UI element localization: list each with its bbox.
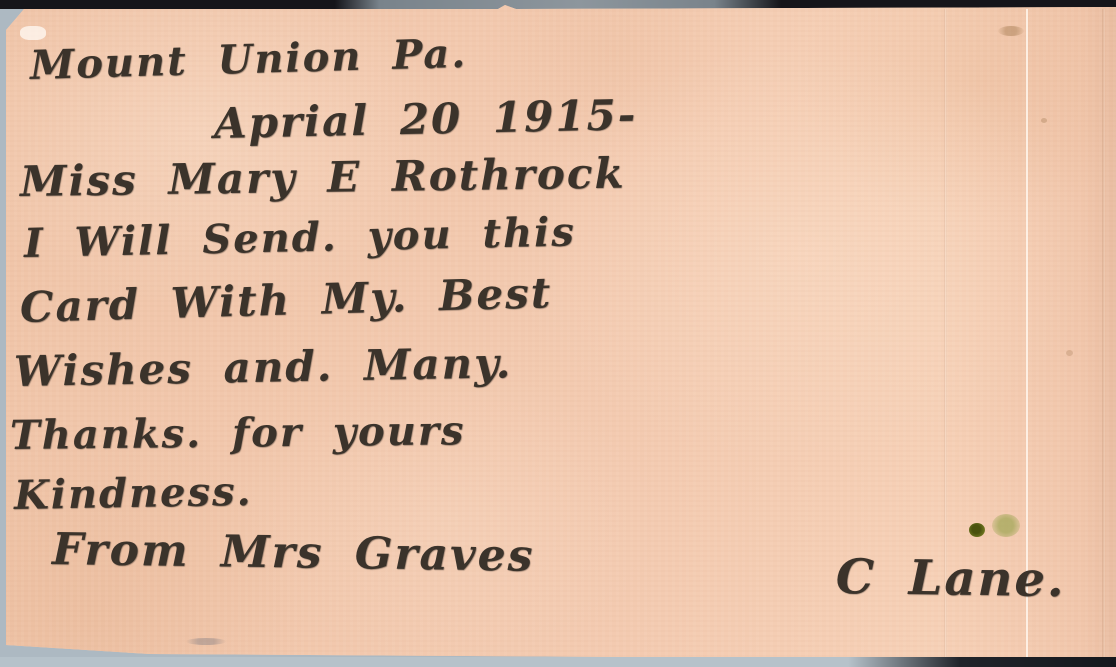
- vertical-crease: [1102, 9, 1105, 659]
- handwriting-recipient-line: Miss Mary E Rothrock: [20, 149, 626, 206]
- handwriting-message-line: Kindness.: [14, 468, 253, 519]
- paper-speck: [1066, 350, 1073, 356]
- handwriting-message-line: Thanks. for yours: [10, 407, 466, 459]
- handwriting-from-text: From Mrs Graves: [52, 524, 535, 587]
- gray-smudge: [186, 638, 226, 645]
- handwriting-date-line: Aprial 20 1915-: [213, 90, 637, 148]
- postcard-paper: Mount Union Pa. Aprial 20 1915- Miss Mar…: [0, 0, 1116, 667]
- brown-smudge: [998, 26, 1024, 36]
- handwriting-signature-name: C Lane.: [835, 549, 1066, 608]
- green-stain: [969, 523, 985, 537]
- corner-chip: [20, 26, 46, 40]
- scanned-postcard: Mount Union Pa. Aprial 20 1915- Miss Mar…: [0, 0, 1116, 667]
- paper-speck: [1041, 118, 1047, 123]
- scan-bottom-edge: [0, 657, 1116, 667]
- handwriting-message-line: Wishes and. Many.: [14, 338, 513, 396]
- green-stain: [992, 514, 1020, 537]
